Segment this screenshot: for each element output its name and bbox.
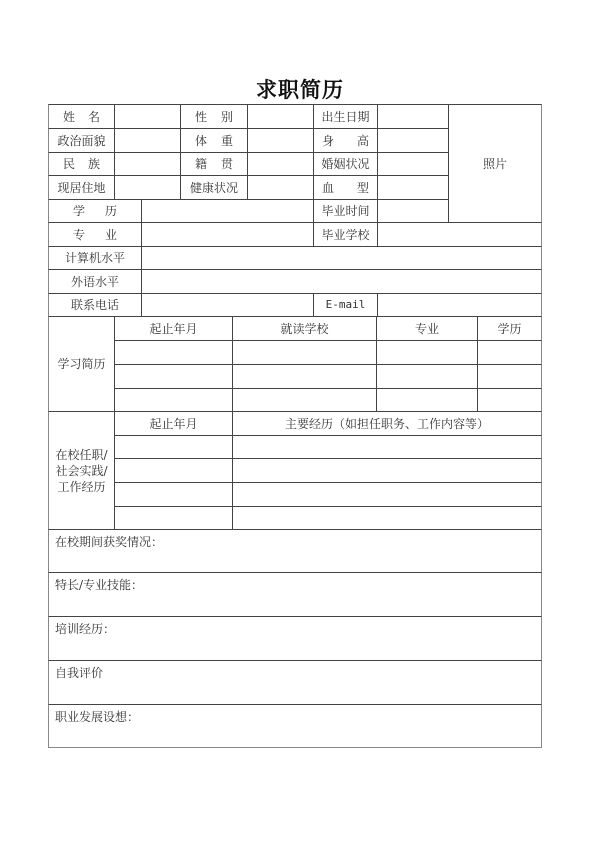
political-status-field[interactable] — [114, 128, 181, 153]
label-blood-type: 血型 — [313, 175, 378, 200]
study-row-3-period[interactable] — [114, 388, 233, 412]
height-field[interactable] — [377, 128, 449, 153]
education-field[interactable] — [141, 199, 314, 223]
label-marital-status: 婚姻状况 — [313, 152, 378, 176]
work-header-period: 起止年月 — [114, 411, 233, 436]
study-row-2-period[interactable] — [114, 364, 233, 389]
study-header-period: 起止年月 — [114, 316, 233, 341]
skills-block[interactable]: 特长/专业技能： — [48, 572, 542, 617]
work-header-experience: 主要经历（如担任职务、工作内容等） — [232, 411, 542, 436]
work-row-2-experience[interactable] — [232, 458, 542, 483]
work-row-2-period[interactable] — [114, 458, 233, 483]
label-major: 专业 — [48, 222, 142, 247]
label-text: 籍 — [195, 156, 207, 172]
training-label: 培训经历： — [55, 621, 115, 637]
birth-date-field[interactable] — [377, 104, 449, 129]
label-name: 姓名 — [48, 104, 115, 129]
study-header-degree: 学历 — [477, 316, 542, 341]
label-political-status: 政治面貌 — [48, 128, 115, 153]
label-text: 学 — [73, 203, 85, 219]
training-block[interactable]: 培训经历： — [48, 616, 542, 661]
native-place-field[interactable] — [247, 152, 314, 176]
label-weight: 体重 — [180, 128, 248, 153]
work-row-4-experience[interactable] — [232, 506, 542, 530]
label-birth-date: 出生日期 — [313, 104, 378, 129]
label-text: 重 — [221, 133, 233, 149]
phone-field[interactable] — [141, 293, 314, 317]
graduation-time-field[interactable] — [377, 199, 449, 223]
study-history-label: 学习简历 — [48, 316, 115, 412]
work-row-3-experience[interactable] — [232, 482, 542, 507]
label-text: 历 — [105, 203, 117, 219]
label-education: 学历 — [48, 199, 142, 223]
label-text: 专 — [73, 227, 85, 243]
label-text: 业 — [105, 227, 117, 243]
study-row-3-degree[interactable] — [477, 388, 542, 412]
study-row-2-school[interactable] — [232, 364, 377, 389]
health-field[interactable] — [247, 175, 314, 200]
label-line: 工作经历 — [57, 479, 105, 495]
label-phone: 联系电话 — [48, 293, 142, 317]
label-gender: 性别 — [180, 104, 248, 129]
label-text: 性 — [195, 109, 207, 125]
work-row-1-period[interactable] — [114, 435, 233, 459]
label-height: 身高 — [313, 128, 378, 153]
label-graduation-school: 毕业学校 — [313, 222, 378, 247]
work-row-3-period[interactable] — [114, 482, 233, 507]
study-header-school: 就读学校 — [232, 316, 377, 341]
current-address-field[interactable] — [114, 175, 181, 200]
study-row-1-period[interactable] — [114, 340, 233, 365]
study-row-2-major[interactable] — [376, 364, 478, 389]
name-field[interactable] — [114, 104, 181, 129]
study-row-3-school[interactable] — [232, 388, 377, 412]
label-text: 族 — [88, 156, 100, 172]
label-text: 血 — [322, 180, 334, 196]
label-text: 名 — [88, 109, 100, 125]
label-native-place: 籍贯 — [180, 152, 248, 176]
career-plan-label: 职业发展设想： — [55, 709, 139, 725]
computer-level-field[interactable] — [141, 246, 542, 270]
study-row-2-degree[interactable] — [477, 364, 542, 389]
page-title: 求职简历 — [0, 74, 600, 104]
email-field[interactable] — [377, 293, 542, 317]
marital-status-field[interactable] — [377, 152, 449, 176]
label-email: E-mail — [313, 293, 378, 317]
self-evaluation-label: 自我评价 — [55, 665, 103, 681]
work-history-label: 在校任职/ 社会实践/ 工作经历 — [48, 411, 115, 530]
gender-field[interactable] — [247, 104, 314, 129]
label-health: 健康状况 — [180, 175, 248, 200]
study-row-1-school[interactable] — [232, 340, 377, 365]
graduation-school-field[interactable] — [377, 222, 542, 247]
label-text: 身 — [322, 133, 334, 149]
awards-block[interactable]: 在校期间获奖情况： — [48, 529, 542, 573]
work-row-1-experience[interactable] — [232, 435, 542, 459]
study-row-3-major[interactable] — [376, 388, 478, 412]
language-level-field[interactable] — [141, 269, 542, 294]
label-computer-level: 计算机水平 — [48, 246, 142, 270]
ethnicity-field[interactable] — [114, 152, 181, 176]
awards-label: 在校期间获奖情况： — [55, 534, 163, 550]
label-text: 体 — [195, 133, 207, 149]
study-row-1-degree[interactable] — [477, 340, 542, 365]
work-row-4-period[interactable] — [114, 506, 233, 530]
label-text: 姓 — [63, 109, 75, 125]
major-field[interactable] — [141, 222, 314, 247]
study-header-major: 专业 — [376, 316, 478, 341]
blood-type-field[interactable] — [377, 175, 449, 200]
label-language-level: 外语水平 — [48, 269, 142, 294]
label-text: 别 — [221, 109, 233, 125]
label-text: 型 — [357, 180, 369, 196]
label-line: 在校任职/ — [55, 447, 107, 463]
career-plan-block[interactable]: 职业发展设想： — [48, 704, 542, 748]
photo-box[interactable]: 照片 — [448, 104, 542, 223]
label-ethnicity: 民族 — [48, 152, 115, 176]
self-evaluation-block[interactable]: 自我评价 — [48, 660, 542, 705]
label-line: 社会实践/ — [55, 463, 107, 479]
weight-field[interactable] — [247, 128, 314, 153]
study-row-1-major[interactable] — [376, 340, 478, 365]
label-graduation-time: 毕业时间 — [313, 199, 378, 223]
label-text: 高 — [357, 133, 369, 149]
label-current-address: 现居住地 — [48, 175, 115, 200]
label-text: 民 — [63, 156, 75, 172]
skills-label: 特长/专业技能： — [55, 577, 143, 593]
label-text: 贯 — [221, 156, 233, 172]
